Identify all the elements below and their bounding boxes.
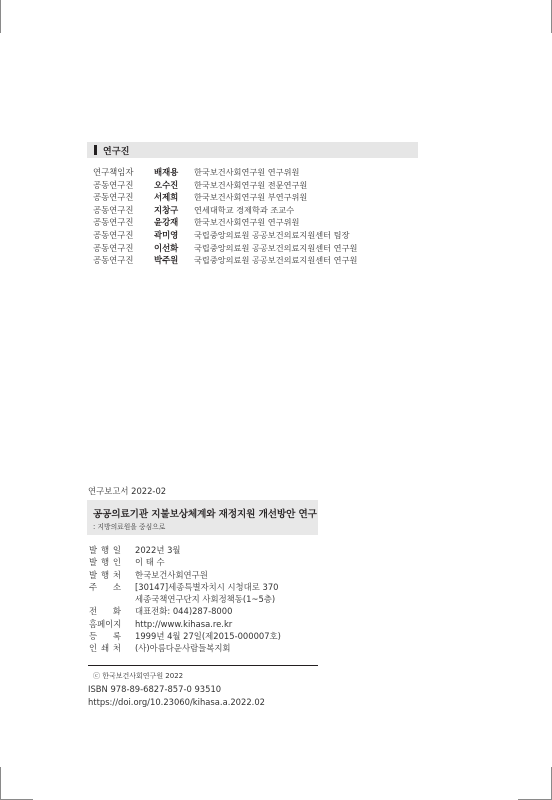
member-affiliation: 국립중앙의료원 공공보건의료지원센터 연구원 — [194, 254, 357, 267]
member-name: 배재용 — [154, 166, 194, 179]
team-member-row: 공동연구진 박주원 국립중앙의료원 공공보건의료지원센터 연구원 — [93, 254, 357, 267]
pub-row-registration: 등 록 1999년 4월 27일(제2015-000007호) — [89, 630, 281, 642]
pub-row-printer: 인 쇄 처 (사)아름다운사람들복지회 — [89, 642, 281, 654]
member-affiliation: 국립중앙의료원 공공보건의료지원센터 연구원 — [194, 242, 357, 255]
publication-info: 발 행 일 2022년 3월 발 행 인 이 태 수 발 행 처 한국보건사회연… — [89, 544, 281, 655]
pub-label-char: 인 — [89, 642, 97, 654]
divider-line — [88, 665, 318, 666]
pub-label-char: 주 — [89, 581, 97, 593]
report-subtitle: : 지방의료원을 중심으로 — [93, 521, 165, 531]
pub-row-homepage: 홈페이지 http://www.kihasa.re.kr — [89, 618, 281, 630]
pub-label-char: 발 — [89, 569, 97, 581]
member-name: 이선화 — [154, 242, 194, 255]
pub-label-char: 행 — [101, 569, 109, 581]
team-member-row: 공동연구진 윤강재 한국보건사회연구원 연구위원 — [93, 216, 357, 229]
pub-label: 등 록 — [89, 630, 121, 642]
research-team-list: 연구책임자 배재용 한국보건사회연구원 연구위원 공동연구진 오수진 한국보건사… — [93, 166, 357, 267]
member-affiliation: 한국보건사회연구원 전문연구원 — [194, 179, 307, 192]
pub-value: 이 태 수 — [135, 556, 165, 568]
pub-label-char: 행 — [101, 556, 109, 568]
pub-label: 인 쇄 처 — [89, 642, 121, 654]
pub-label-char: 발 — [89, 556, 97, 568]
member-affiliation: 한국보건사회연구원 연구위원 — [194, 166, 299, 179]
pub-label-char: 발 — [89, 544, 97, 556]
member-name: 윤강재 — [154, 216, 194, 229]
pub-label: 전 화 — [89, 605, 121, 617]
pub-label-char: 인 — [113, 556, 121, 568]
pub-label-char: 전 — [89, 605, 97, 617]
member-affiliation: 한국보건사회연구원 부연구위원 — [194, 191, 307, 204]
team-member-row: 공동연구진 서제희 한국보건사회연구원 부연구위원 — [93, 191, 357, 204]
crop-mark-top-left — [0, 0, 1, 33]
pub-label-char: 처 — [113, 642, 121, 654]
member-affiliation: 연세대학교 경제학과 조교수 — [194, 204, 294, 217]
member-affiliation: 한국보건사회연구원 연구위원 — [194, 216, 299, 229]
pub-row-date: 발 행 일 2022년 3월 — [89, 544, 281, 556]
report-title-box: 공공의료기관 지불보상체계와 재정지원 개선방안 연구 : 지방의료원을 중심으… — [87, 500, 318, 535]
pub-label: 주 소 — [89, 581, 121, 593]
pub-label: 발 행 인 — [89, 556, 121, 568]
pub-row-publisher-org: 발 행 처 한국보건사회연구원 — [89, 569, 281, 581]
pub-label-char: 홈페이지 — [89, 618, 121, 630]
pub-label — [89, 593, 121, 605]
research-team-header: 연구진 — [87, 142, 418, 158]
pub-row-address: 주 소 [30147]세종특별자치시 시청대로 370 — [89, 581, 281, 593]
member-role: 공동연구진 — [93, 204, 154, 217]
pub-label-char: 일 — [113, 544, 121, 556]
member-affiliation: 국립중앙의료원 공공보건의료지원센터 팀장 — [194, 229, 349, 242]
team-member-row: 공동연구진 오수진 한국보건사회연구원 전문연구원 — [93, 179, 357, 192]
team-member-row: 공동연구진 곽미영 국립중앙의료원 공공보건의료지원센터 팀장 — [93, 229, 357, 242]
pub-label: 발 행 처 — [89, 569, 121, 581]
member-role: 공동연구진 — [93, 216, 154, 229]
pub-value: [30147]세종특별자치시 시청대로 370 — [135, 581, 278, 593]
member-role: 공동연구진 — [93, 254, 154, 267]
report-number: 연구보고서 2022-02 — [88, 485, 166, 497]
pub-label-char: 화 — [113, 605, 121, 617]
member-name: 곽미영 — [154, 229, 194, 242]
isbn: ISBN 978-89-6827-857-0 93510 — [88, 684, 221, 694]
pub-label-char: 쇄 — [101, 642, 109, 654]
pub-row-publisher-person: 발 행 인 이 태 수 — [89, 556, 281, 568]
copyright-notice: ⓒ 한국보건사회연구원 2022 — [93, 671, 183, 681]
team-member-row: 연구책임자 배재용 한국보건사회연구원 연구위원 — [93, 166, 357, 179]
pub-value: 1999년 4월 27일(제2015-000007호) — [135, 630, 281, 642]
pub-label: 발 행 일 — [89, 544, 121, 556]
pub-value-homepage-link[interactable]: http://www.kihasa.re.kr — [135, 618, 232, 630]
report-title: 공공의료기관 지불보상체계와 재정지원 개선방안 연구 — [93, 506, 317, 520]
research-team-heading: 연구진 — [103, 144, 130, 157]
team-member-row: 공동연구진 이선화 국립중앙의료원 공공보건의료지원센터 연구원 — [93, 242, 357, 255]
pub-label-char: 록 — [113, 630, 121, 642]
member-role: 공동연구진 — [93, 229, 154, 242]
pub-value: 2022년 3월 — [135, 544, 181, 556]
crop-mark-bottom-left-vertical — [0, 767, 1, 800]
member-role: 연구책임자 — [93, 166, 154, 179]
pub-value: 대표전화: 044)287-8000 — [135, 605, 232, 617]
team-member-row: 공동연구진 지창구 연세대학교 경제학과 조교수 — [93, 204, 357, 217]
doi-link[interactable]: https://doi.org/10.23060/kihasa.a.2022.0… — [88, 697, 265, 707]
member-role: 공동연구진 — [93, 179, 154, 192]
pub-label-char: 행 — [101, 544, 109, 556]
pub-label-char: 처 — [113, 569, 121, 581]
pub-value: 세종국책연구단지 사회정책동(1~5층) — [135, 593, 275, 605]
pub-label-char: 소 — [113, 581, 121, 593]
member-name: 서제희 — [154, 191, 194, 204]
pub-value: (사)아름다운사람들복지회 — [135, 642, 231, 654]
member-name: 오수진 — [154, 179, 194, 192]
member-name: 박주원 — [154, 254, 194, 267]
pub-row-address-2: 세종국책연구단지 사회정책동(1~5층) — [89, 593, 281, 605]
pub-label: 홈페이지 — [89, 618, 121, 630]
pub-label-char: 등 — [89, 630, 97, 642]
member-name: 지창구 — [154, 204, 194, 217]
member-role: 공동연구진 — [93, 191, 154, 204]
section-marker-bar-icon — [94, 145, 97, 155]
member-role: 공동연구진 — [93, 242, 154, 255]
pub-row-phone: 전 화 대표전화: 044)287-8000 — [89, 605, 281, 617]
pub-value: 한국보건사회연구원 — [135, 569, 208, 581]
